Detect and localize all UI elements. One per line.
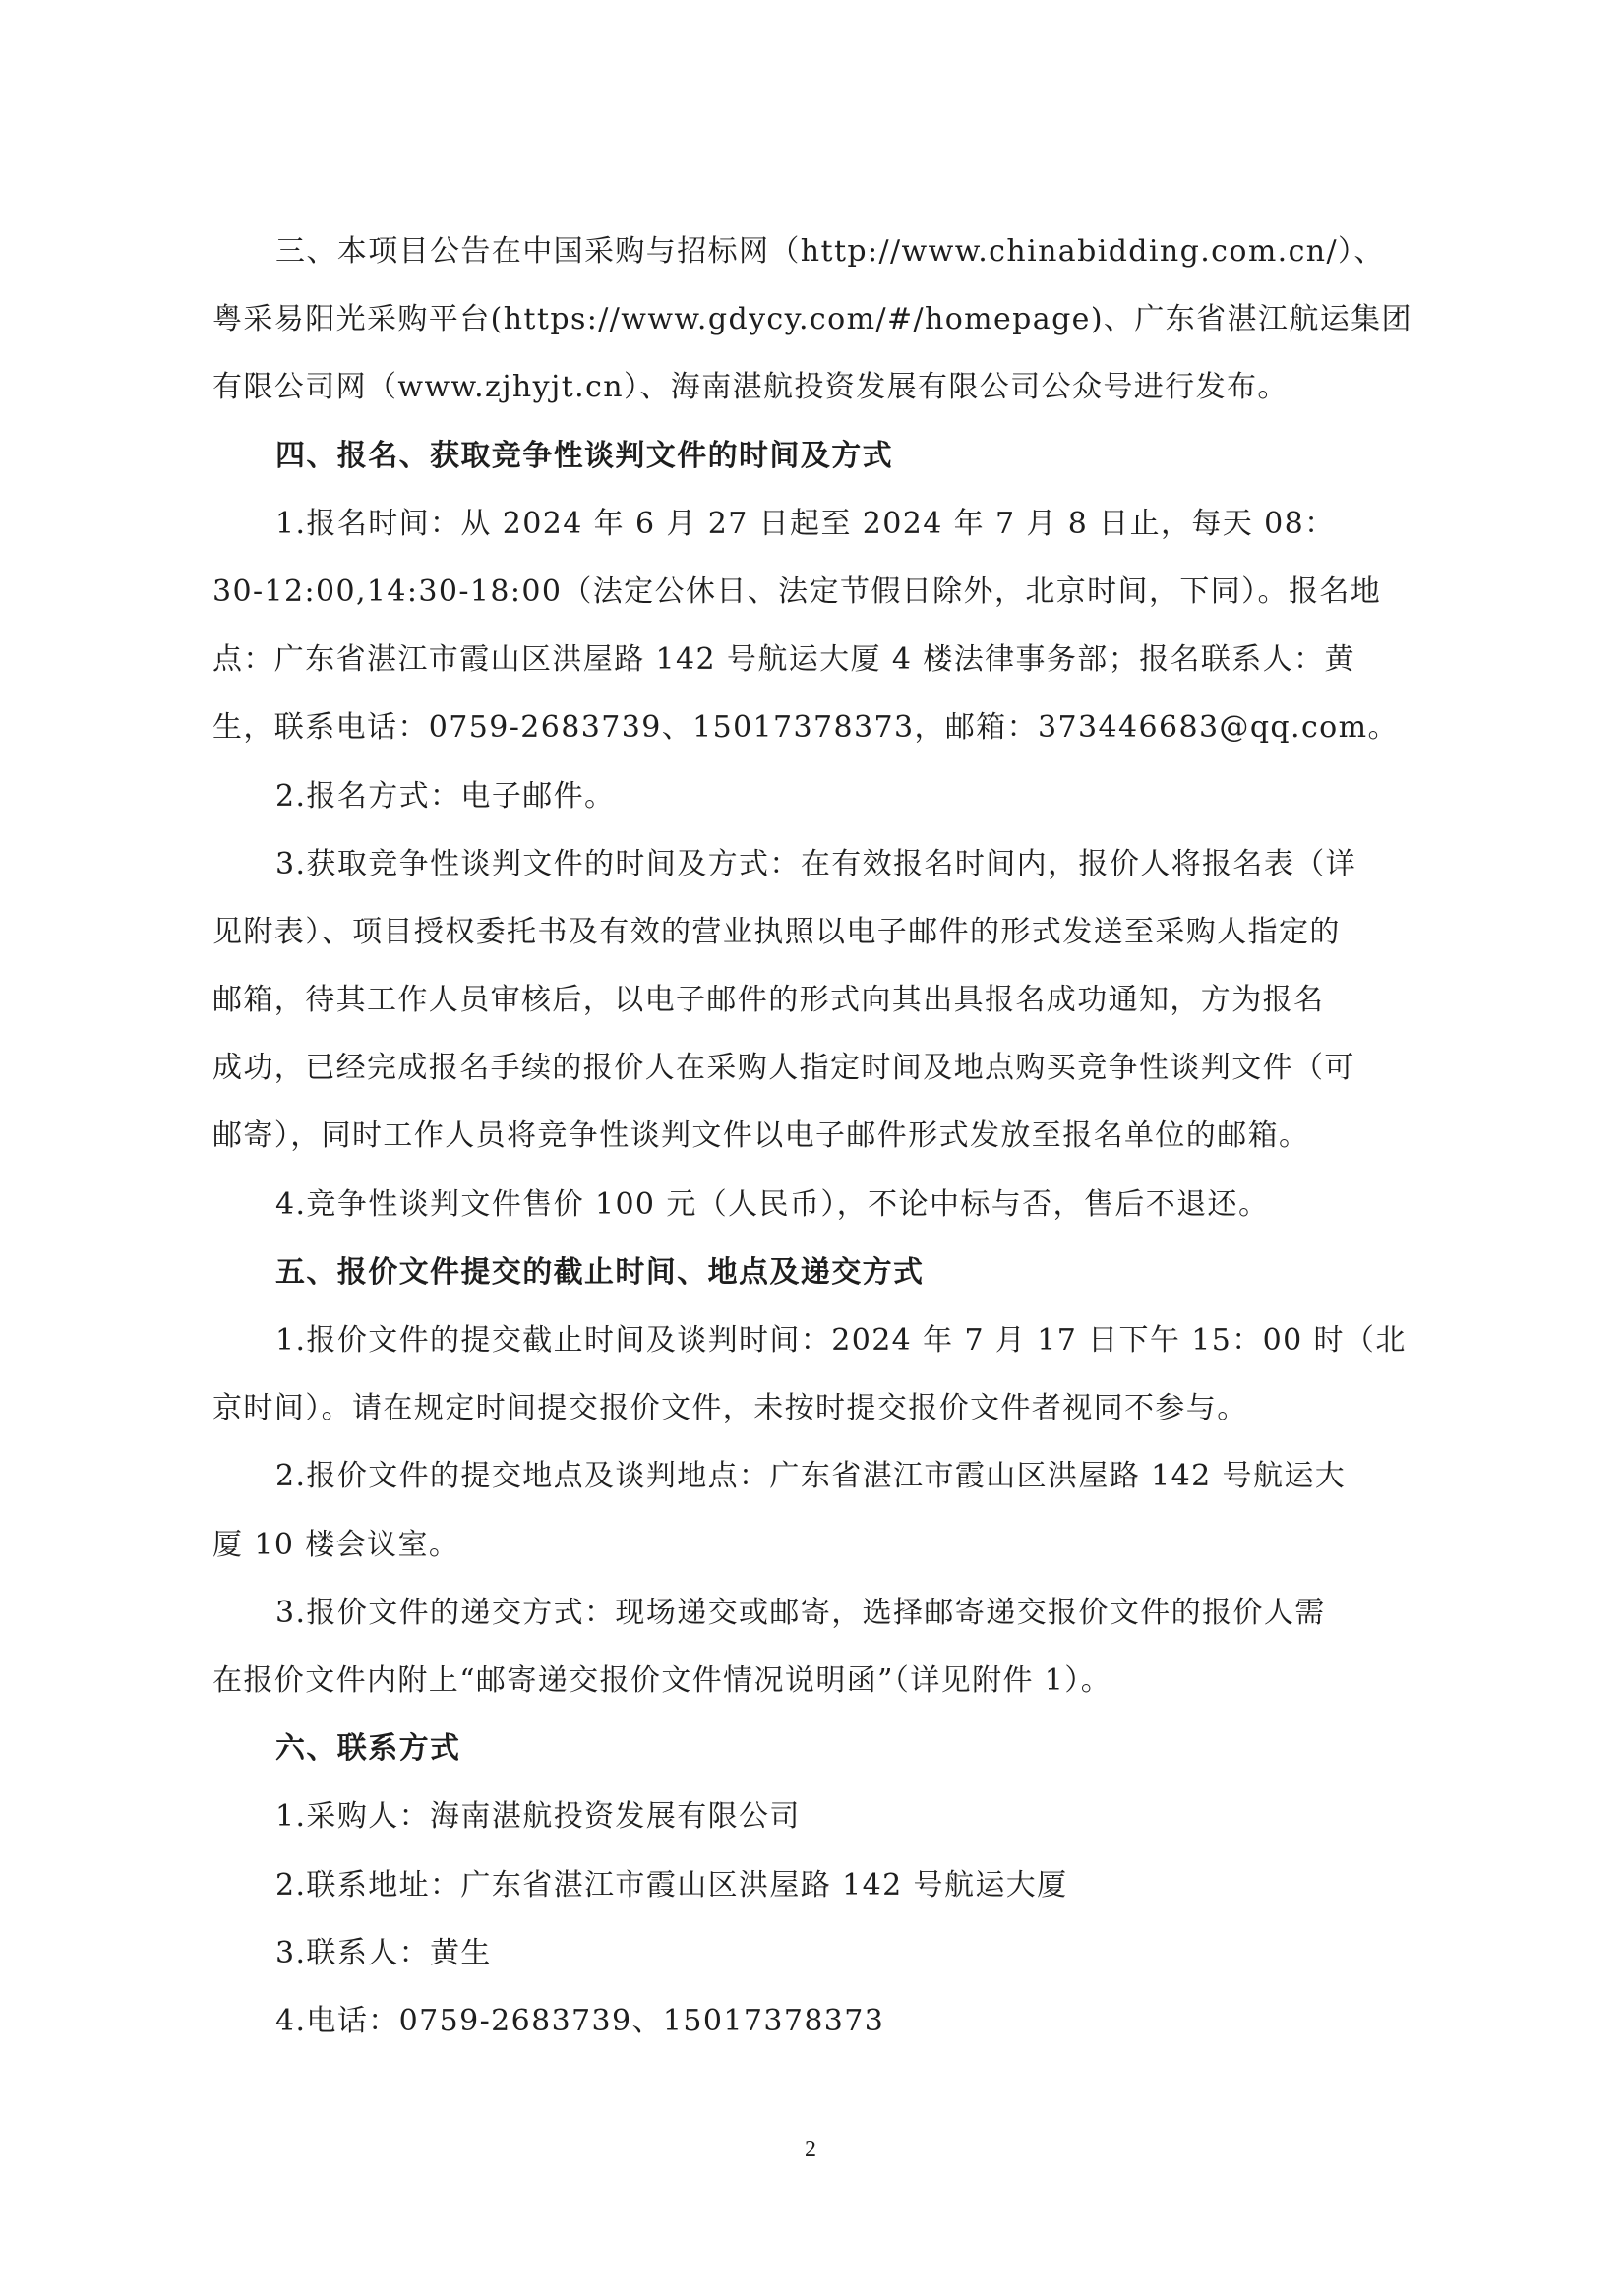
page-number: 2 [0,2137,1621,2163]
paragraph-line: 1.报价文件的提交截止时间及谈判时间：2024 年 7 月 17 日下午 15：… [212,1306,1409,1374]
section-4-item-3: 3.获取竞争性谈判文件的时间及方式：在有效报名时间内，报价人将报名表（详 见附表… [212,830,1409,1171]
section-3-line: 粤采易阳光采购平台(https://www.gdycy.com/#/homepa… [212,285,1409,353]
section-6-contact: 六、联系方式 1.采购人：海南湛航投资发展有限公司 2.联系地址：广东省湛江市霞… [212,1715,1409,2055]
section-6-heading: 六、联系方式 [212,1715,1409,1782]
paragraph-line: 点：广东省湛江市霞山区洪屋路 142 号航运大厦 4 楼法律事务部；报名联系人：… [212,626,1409,694]
paragraph-line: 30-12:00,14:30-18:00（法定公休日、法定节假日除外，北京时间，… [212,558,1409,626]
contact-person: 3.联系人：黄生 [212,1919,1409,1987]
paragraph-line: 在报价文件内附上“邮寄递交报价文件情况说明函”（详见附件 1）。 [212,1647,1409,1715]
paragraph-line: 3.报价文件的递交方式：现场递交或邮寄，选择邮寄递交报价文件的报价人需 [212,1579,1409,1647]
section-4-item-4: 4.竞争性谈判文件售价 100 元（人民币），不论中标与否，售后不退还。 [212,1171,1409,1239]
section-4-item-1: 1.报名时间：从 2024 年 6 月 27 日起至 2024 年 7 月 8 … [212,490,1409,762]
section-4-item-2: 2.报名方式：电子邮件。 [212,762,1409,830]
paragraph-line: 邮箱，待其工作人员审核后，以电子邮件的形式向其出具报名成功通知，方为报名 [212,966,1409,1034]
section-5-submission: 五、报价文件提交的截止时间、地点及递交方式 1.报价文件的提交截止时间及谈判时间… [212,1239,1409,1715]
section-4-registration: 四、报名、获取竞争性谈判文件的时间及方式 1.报名时间：从 2024 年 6 月… [212,422,1409,1239]
section-5-item-1: 1.报价文件的提交截止时间及谈判时间：2024 年 7 月 17 日下午 15：… [212,1306,1409,1442]
document-page: 三、本项目公告在中国采购与招标网（http://www.chinabidding… [212,217,1409,2055]
paragraph-line: 生，联系电话：0759-2683739、15017378373，邮箱：37344… [212,694,1409,761]
paragraph-line: 京时间）。请在规定时间提交报价文件，未按时提交报价文件者视同不参与。 [212,1374,1409,1442]
section-5-item-3: 3.报价文件的递交方式：现场递交或邮寄，选择邮寄递交报价文件的报价人需 在报价文… [212,1579,1409,1715]
paragraph-line: 成功，已经完成报名手续的报价人在采购人指定时间及地点购买竞争性谈判文件（可 [212,1034,1409,1102]
paragraph-line: 3.获取竞争性谈判文件的时间及方式：在有效报名时间内，报价人将报名表（详 [212,830,1409,898]
paragraph-line: 厦 10 楼会议室。 [212,1511,1409,1579]
paragraph-line: 1.报名时间：从 2024 年 6 月 27 日起至 2024 年 7 月 8 … [212,490,1409,558]
section-5-heading: 五、报价文件提交的截止时间、地点及递交方式 [212,1239,1409,1306]
contact-phone: 4.电话：0759-2683739、15017378373 [212,1987,1409,2055]
section-3-line: 有限公司网（www.zjhyjt.cn）、海南湛航投资发展有限公司公众号进行发布… [212,353,1409,421]
paragraph-line: 2.报价文件的提交地点及谈判地点：广东省湛江市霞山区洪屋路 142 号航运大 [212,1442,1409,1510]
section-3-line: 三、本项目公告在中国采购与招标网（http://www.chinabidding… [212,217,1409,285]
section-3-publication: 三、本项目公告在中国采购与招标网（http://www.chinabidding… [212,217,1409,422]
section-4-heading: 四、报名、获取竞争性谈判文件的时间及方式 [212,422,1409,490]
paragraph-line: 见附表）、项目授权委托书及有效的营业执照以电子邮件的形式发送至采购人指定的 [212,898,1409,966]
contact-address: 2.联系地址：广东省湛江市霞山区洪屋路 142 号航运大厦 [212,1851,1409,1919]
paragraph-line: 邮寄），同时工作人员将竞争性谈判文件以电子邮件形式发放至报名单位的邮箱。 [212,1102,1409,1170]
contact-purchaser: 1.采购人：海南湛航投资发展有限公司 [212,1782,1409,1850]
section-5-item-2: 2.报价文件的提交地点及谈判地点：广东省湛江市霞山区洪屋路 142 号航运大 厦… [212,1442,1409,1578]
